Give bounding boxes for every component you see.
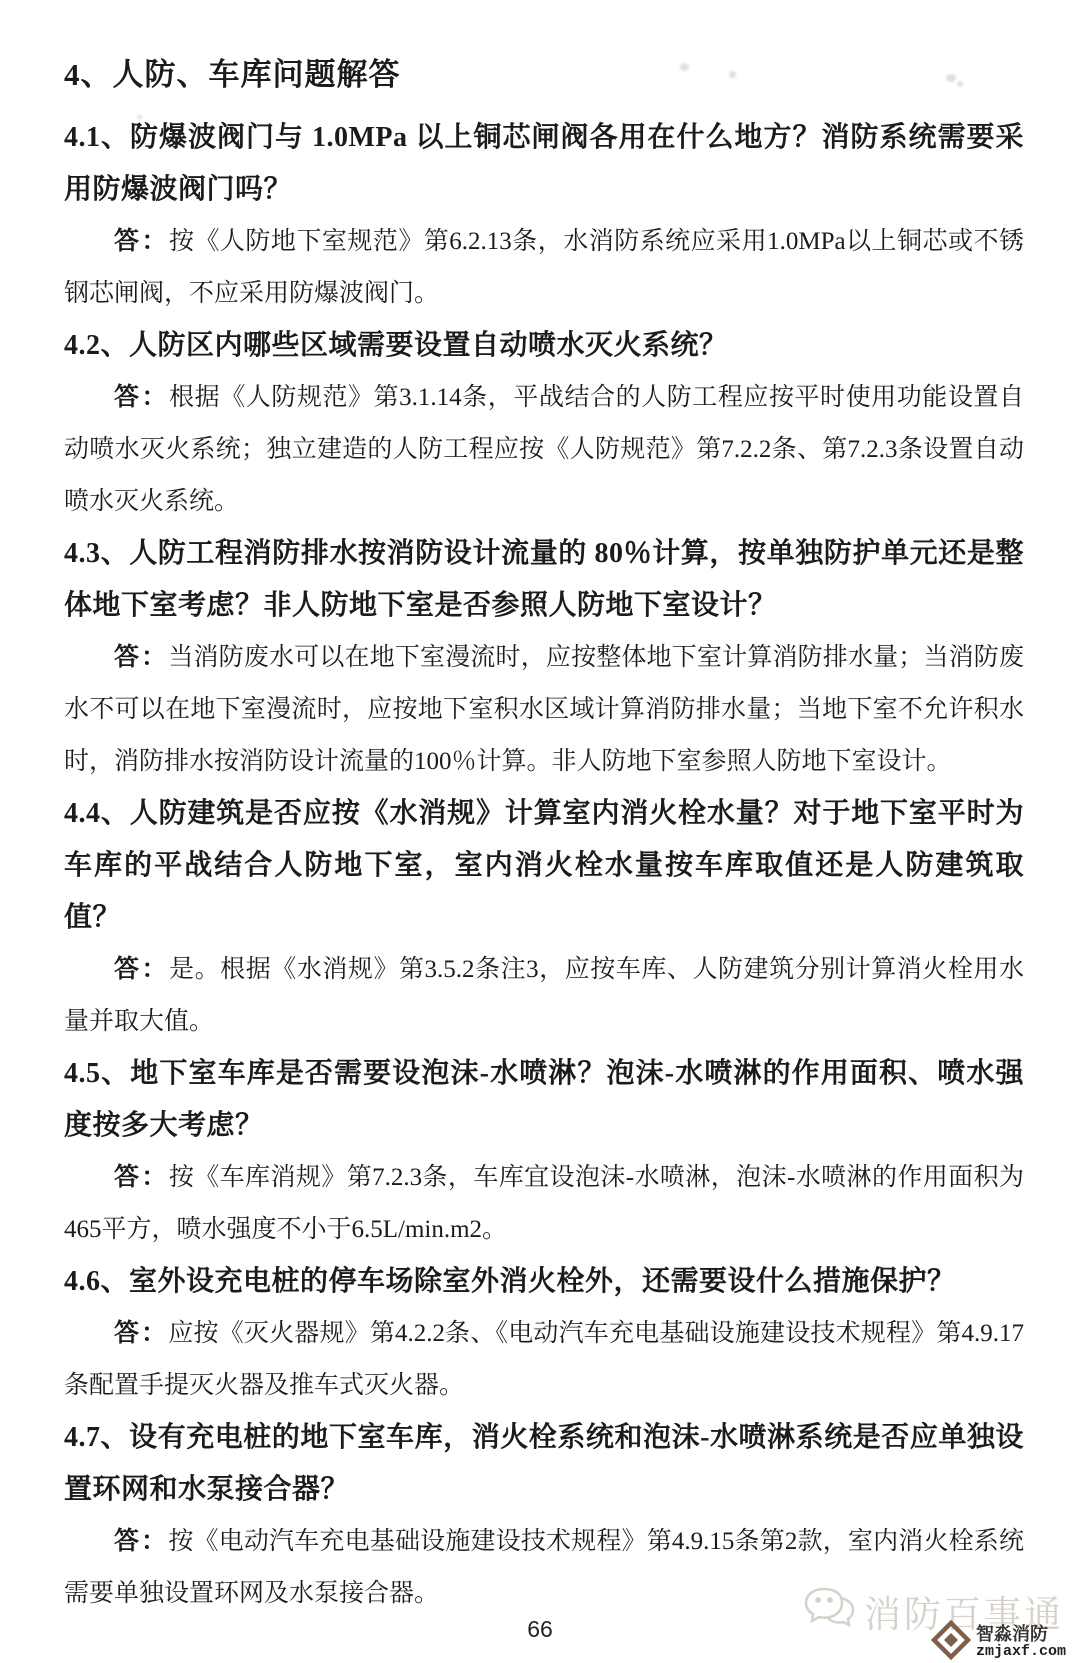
brand-logo: 智淼消防 zmjaxf.com xyxy=(931,1620,1066,1663)
answer-text: 根据《人防规范》第3.1.14条，平战结合的人防工程应按平时使用功能设置自动喷水… xyxy=(64,384,1024,515)
scan-artifact xyxy=(946,74,956,82)
document-page: 4、人防、车库问题解答 4.1、防爆波阀门与 1.0MPa 以上铜芯闸阀各用在什… xyxy=(64,48,1024,1620)
answer-4-5: 答：按《车库消规》第7.2.3条，车库宜设泡沫-水喷淋，泡沫-水喷淋的作用面积为… xyxy=(64,1152,1024,1256)
answer-4-2: 答：根据《人防规范》第3.1.14条，平战结合的人防工程应按平时使用功能设置自动… xyxy=(64,372,1024,528)
chat-bubbles-icon xyxy=(804,1586,856,1637)
answer-text: 按《人防地下室规范》第6.2.13条，水消防系统应采用1.0MPa以上铜芯或不锈… xyxy=(64,228,1024,307)
question-4-2: 4.2、人防区内哪些区域需要设置自动喷水灭火系统？ xyxy=(64,320,1024,372)
answer-prefix: 答： xyxy=(114,228,169,255)
answer-prefix: 答： xyxy=(114,1528,168,1555)
answer-4-6: 答：应按《灭火器规》第4.2.2条、《电动汽车充电基础设施建设技术规程》第4.9… xyxy=(64,1308,1024,1412)
scan-artifact xyxy=(137,115,142,119)
scan-artifact xyxy=(680,63,689,71)
brand-name: 智淼消防 xyxy=(976,1625,1066,1644)
scan-artifact xyxy=(957,81,963,87)
question-4-5: 4.5、地下室车库是否需要设泡沫-水喷淋？泡沫-水喷淋的作用面积、喷水强度按多大… xyxy=(64,1048,1024,1152)
question-4-4: 4.4、人防建筑是否应按《水消规》计算室内消火栓水量？对于地下室平时为车库的平战… xyxy=(64,788,1024,944)
answer-4-1: 答：按《人防地下室规范》第6.2.13条，水消防系统应采用1.0MPa以上铜芯或… xyxy=(64,216,1024,320)
answer-prefix: 答： xyxy=(114,384,169,411)
brand-url: zmjaxf.com xyxy=(976,1644,1066,1660)
question-4-1: 4.1、防爆波阀门与 1.0MPa 以上铜芯闸阀各用在什么地方？消防系统需要采用… xyxy=(64,112,1024,216)
question-4-7: 4.7、设有充电桩的地下室车库，消火栓系统和泡沫-水喷淋系统是否应单独设置环网和… xyxy=(64,1412,1024,1516)
question-4-3: 4.3、人防工程消防排水按消防设计流量的 80％计算，按单独防护单元还是整体地下… xyxy=(64,528,1024,632)
answer-text: 是。根据《水消规》第3.5.2条注3，应按车库、人防建筑分别计算消火栓用水量并取… xyxy=(64,956,1024,1035)
answer-text: 应按《灭火器规》第4.2.2条、《电动汽车充电基础设施建设技术规程》第4.9.1… xyxy=(64,1320,1024,1399)
answer-text: 按《车库消规》第7.2.3条，车库宜设泡沫-水喷淋，泡沫-水喷淋的作用面积为46… xyxy=(64,1164,1024,1243)
answer-4-3: 答：当消防废水可以在地下室漫流时，应按整体地下室计算消防排水量；当消防废水不可以… xyxy=(64,632,1024,788)
diamond-logo-icon xyxy=(931,1620,971,1663)
answer-prefix: 答： xyxy=(114,956,169,983)
page-title: 4、人防、车库问题解答 xyxy=(64,48,1024,102)
answer-prefix: 答： xyxy=(114,1320,168,1347)
scan-artifact xyxy=(729,71,736,78)
answer-prefix: 答： xyxy=(114,644,168,671)
answer-prefix: 答： xyxy=(114,1164,169,1191)
answer-4-4: 答：是。根据《水消规》第3.5.2条注3，应按车库、人防建筑分别计算消火栓用水量… xyxy=(64,944,1024,1048)
question-4-6: 4.6、室外设充电桩的停车场除室外消火栓外，还需要设什么措施保护？ xyxy=(64,1256,1024,1308)
answer-text: 当消防废水可以在地下室漫流时，应按整体地下室计算消防排水量；当消防废水不可以在地… xyxy=(64,644,1024,775)
